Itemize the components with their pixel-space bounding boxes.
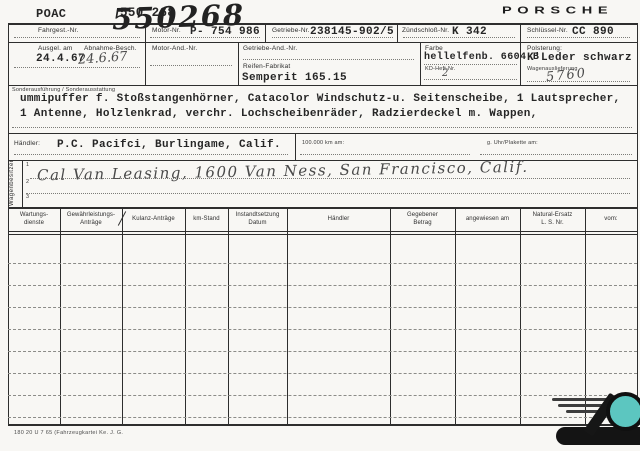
table-header-betrag: Gegebener Betrag [390,209,455,231]
kd-heft-label: KD-Heft-Nr. [425,66,456,72]
grid-line [8,424,637,426]
schluessel-value: CC 890 [572,26,614,38]
table-header-haendler: Händler [287,209,390,231]
table-header-km-stand: km-Stand [185,209,228,231]
table-header-angewiesen: angewiesen am [455,209,520,231]
cell-divider [265,23,266,42]
table-row [8,373,637,374]
polsterung-label: Polsterung: [527,45,562,52]
table-column-line [390,207,391,424]
wagenauslieferung-value-handwritten: 5760 [545,66,587,85]
fill-line [150,65,232,66]
table-row [8,395,637,396]
table-header-natural-ersatz: Natural-Ersatz L. S. Nr. [520,209,585,231]
sonder-line1: ummipuffer f. Stoßstangenhörner, Catacol… [20,93,620,105]
fill-line [424,64,517,65]
magnifier-lens-icon [606,392,640,431]
fill-line [480,154,632,155]
table-column-line [455,207,456,424]
fill-line [243,59,414,60]
haendler-label: Händler: [14,140,40,147]
porsche-logo: PORSCHE [502,4,613,16]
table-column-line [122,207,123,424]
table-row [8,285,637,286]
motor-nr-label: Motor-Nr. [152,27,181,34]
grid-line [8,234,637,235]
owner-handwritten-entry: Cal Van Leasing, 1600 Van Ness, San Fran… [37,158,529,185]
getriebe-nr-value: 238145-902/5 [310,26,394,38]
grid-line [8,85,637,86]
farbe-label: Farbe [425,45,443,52]
cell-divider [238,42,239,85]
fill-line [12,127,632,128]
sonder-line2: 1 Antenne, Holzlenkrad, verchr. Lochsche… [20,108,538,120]
cell-divider [420,42,421,85]
cell-divider [295,133,296,160]
schluessel-label: Schlüssel-Nr. [527,27,568,34]
table-header-vom: vom: [585,209,637,231]
haendler-value: P.C. Pacifci, Burlingame, Calif. [57,139,281,151]
uhr-plakette-label: g. Uhr/Plakette am: [487,140,538,146]
table-row [8,351,637,352]
table-header-kulanz: Kulanz-Anträge [122,209,185,231]
motor-nr-value: P- 754 986 [190,26,260,38]
fill-line [14,37,140,38]
fill-line [424,79,517,80]
dealer-code: POAC [36,7,66,21]
table-column-line [228,207,229,424]
table-row [8,329,637,330]
cell-divider [22,160,23,207]
owner-row-number: 1 [26,162,29,168]
table-row [8,263,637,264]
fill-line [300,154,470,155]
reifen-value: Semperit 165.15 [242,72,347,84]
abnahme-value-handwritten: 24.6.67 [78,49,129,67]
fill-line [14,67,140,68]
fahrgest-label: Fahrgest.-Nr. [38,27,79,34]
grid-line [8,133,637,134]
table-header-instandsetzung: Instandtsetzung Datum [228,209,287,231]
farbe-value: hellelfenb. 6604 B [424,52,539,63]
grid-line [8,23,637,25]
zuendschloss-label: Zündschloß-Nr. [402,27,449,34]
kardex-card: POAC 550 268 550268 PORSCHE Fahrgest.-Nr… [0,0,640,451]
wagenbesitzer-label: Wagenbesitzer [9,162,15,206]
polsterung-value: K'Leder schwarz [527,52,632,64]
table-header-gewaehrleistung: Gewährleistungs- Anträge [60,209,122,231]
table-row [8,417,637,418]
grid-line [8,42,637,43]
table-column-line [287,207,288,424]
table-column-line [520,207,521,424]
table-column-line [60,207,61,424]
zuendschloss-value: K 342 [452,26,487,38]
reifen-label: Reifen-Fabrikat [243,63,290,70]
owner-row-number: 2 [26,179,29,185]
getriebe-nr-label: Getriebe-Nr. [272,27,310,34]
fill-line [26,193,630,194]
getriebe-and-label: Getriebe-And.-Nr. [243,45,297,52]
table-header-wartungsdienste: Wartungs- dienste [8,209,60,231]
card-border [637,23,638,425]
table-row [8,307,637,308]
kd-heft-value-handwritten: 2 [442,68,448,79]
km-100000-label: 100.000 km am: [302,140,344,146]
cell-divider [397,23,398,42]
table-column-line [185,207,186,424]
fill-line [14,154,288,155]
motor-and-label: Motor-And.-Nr. [152,45,197,52]
print-code: 180 20 U 7 65 (Fahrzeugkartei Ke. J. G. [14,430,123,436]
grid-line [8,231,637,232]
table-column-line [585,207,586,424]
owner-row-number: 3 [26,194,29,200]
magnified-line [552,398,610,401]
ausgel-label: Ausgel. am [38,45,73,52]
